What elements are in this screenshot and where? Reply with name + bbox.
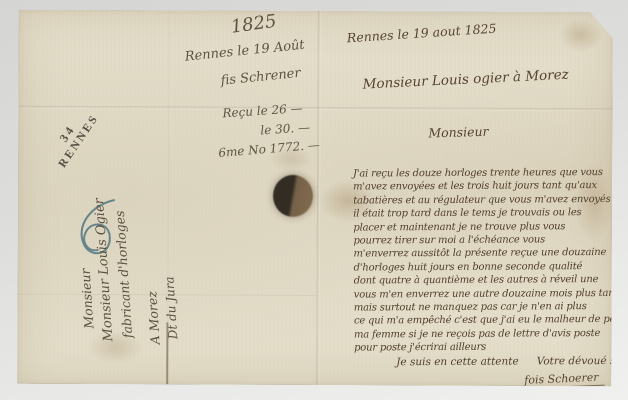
body-line: il était trop tard dans le tems je trouv… <box>353 206 613 221</box>
letter-salutation: Monsieur <box>428 124 489 141</box>
annotation-line: fis Schrener <box>220 66 301 89</box>
body-line: pour poste j'écrirai ailleurs <box>354 340 614 355</box>
wax-seal-remnant <box>273 175 313 217</box>
letter-body-lines: J'ai reçu les douze horloges trente heur… <box>353 166 614 355</box>
letter-closing-row: Je suis en cette attente Votre dévoué se… <box>396 355 614 368</box>
annotation-line: Reçu le 26 — <box>222 101 303 120</box>
address-panel: MonsieurMonsieur Louis Ogierfabricant d'… <box>69 165 210 343</box>
letter-closing: Je suis en cette attente <box>396 355 519 368</box>
letter-signature: fois Schoerer <box>522 370 605 388</box>
annotation-year: 1825 <box>230 11 278 38</box>
body-line: ce qui m'a empêché c'est que j'ai eu le … <box>354 313 614 328</box>
body-line: m'enverrez aussitôt la présente reçue un… <box>353 246 613 261</box>
postmark-34-rennes: 34 RENNES <box>42 99 113 180</box>
letter-paper: 34 RENNES 1825 Rennes le 19 Aoûtfis Schr… <box>17 10 613 387</box>
letter-recipient: Monsieur Louis ogier à Morez <box>362 67 569 93</box>
letter-valediction: Votre dévoué serviteur <box>537 354 628 367</box>
annotation-line: le 30. — <box>260 120 310 137</box>
annotation-line: 6me No 1772. — <box>218 138 320 160</box>
body-line: dont quatre à quantième et les autres à … <box>354 273 614 288</box>
body-line: ma femme si je ne reçois pas de lettre d… <box>354 327 614 342</box>
letter-dateline: Rennes le 19 aout 1825 <box>346 21 496 46</box>
photo-background: 34 RENNES 1825 Rennes le 19 Aoûtfis Schr… <box>0 0 628 400</box>
body-line: m'avez envoyées et les trois huit jours … <box>353 179 613 194</box>
annotation-line: Rennes le 19 Août <box>184 38 305 65</box>
letter-body: J'ai reçu les douze horloges trente heur… <box>353 166 614 388</box>
letter-text-page: Rennes le 19 aout 1825 Monsieur Louis og… <box>335 19 613 386</box>
